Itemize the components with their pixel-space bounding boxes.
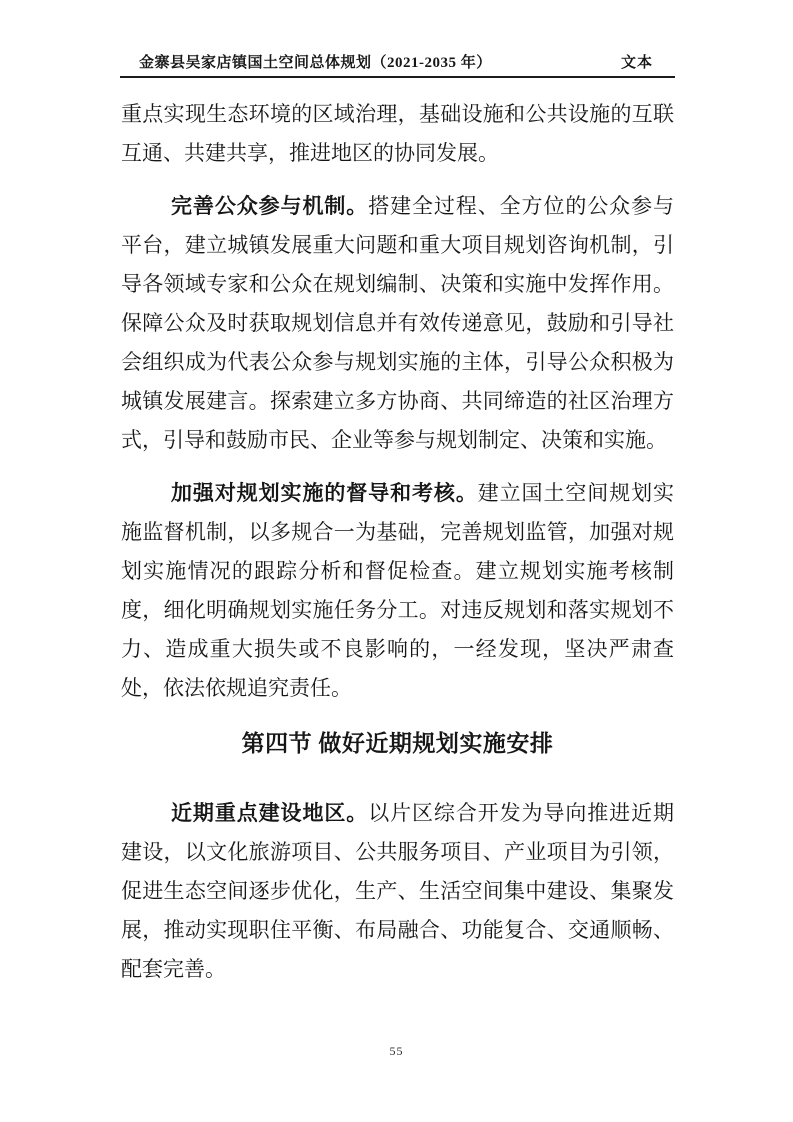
paragraph-lead: 加强对规划实施的督导和考核。 bbox=[171, 481, 478, 505]
paragraph-text: 以片区综合开发为导向推进近期建设，以文化旅游项目、公共服务项目、产业项目为引领，… bbox=[121, 801, 674, 981]
paragraph-text: 搭建全过程、全方位的公众参与平台，建立城镇发展重大问题和重大项目规划咨询机制，引… bbox=[121, 194, 674, 452]
paragraph-supervision-assessment: 加强对规划实施的督导和考核。建立国土空间规划实施监督机制，以多规合一为基础，完善… bbox=[121, 474, 674, 708]
paragraph-text: 建立国土空间规划实施监督机制，以多规合一为基础，完善规划监管，加强对规划实施情况… bbox=[121, 481, 674, 700]
page-footer: 55 bbox=[0, 1042, 793, 1060]
page-header: 金寨县吴家店镇国土空间总体规划（2021-2035 年） 文本 bbox=[120, 51, 675, 78]
section-heading: 第四节 做好近期规划实施安排 bbox=[121, 724, 674, 764]
paragraph-public-participation: 完善公众参与机制。搭建全过程、全方位的公众参与平台，建立城镇发展重大问题和重大项… bbox=[121, 187, 674, 460]
paragraph-lead: 近期重点建设地区。 bbox=[171, 801, 368, 825]
header-doc-label: 文本 bbox=[621, 51, 653, 72]
paragraph-continuation: 重点实现生态环境的区域治理，基础设施和公共设施的互联互通、共建共享，推进地区的协… bbox=[121, 95, 674, 173]
document-body: 重点实现生态环境的区域治理，基础设施和公共设施的互联互通、共建共享，推进地区的协… bbox=[121, 95, 674, 989]
paragraph-text: 重点实现生态环境的区域治理，基础设施和公共设施的互联互通、共建共享，推进地区的协… bbox=[121, 102, 674, 165]
paragraph-near-term-construction: 近期重点建设地区。以片区综合开发为导向推进近期建设，以文化旅游项目、公共服务项目… bbox=[121, 794, 674, 989]
page-number: 55 bbox=[390, 1044, 404, 1058]
document-page: 金寨县吴家店镇国土空间总体规划（2021-2035 年） 文本 重点实现生态环境… bbox=[0, 0, 793, 1122]
paragraph-lead: 完善公众参与机制。 bbox=[171, 194, 368, 218]
header-title: 金寨县吴家店镇国土空间总体规划（2021-2035 年） bbox=[139, 51, 492, 72]
